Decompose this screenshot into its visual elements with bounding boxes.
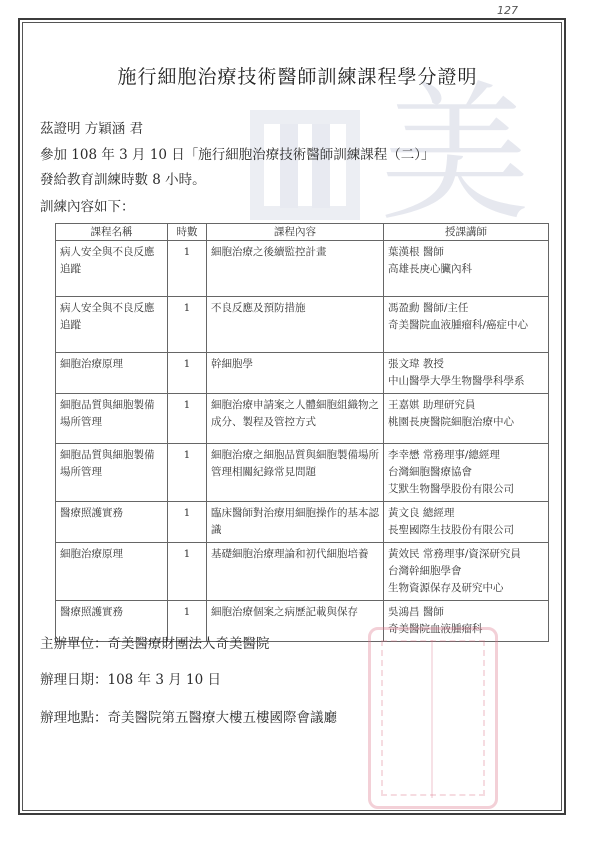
table-row: 細胞品質與細胞製備場所管理 1 細胞治療申請案之人體細胞組織物之成分、製程及管控…: [56, 394, 549, 444]
seal-divider: [431, 640, 433, 798]
lecturer-affiliation: 桃園長庚醫院細胞治療中心: [388, 414, 544, 431]
course-lecturer: 李幸懋 常務理事/總經理 台灣細胞醫療協會 艾默生物醫學股份有限公司: [384, 444, 549, 502]
header-lecturer: 授課講師: [384, 224, 549, 241]
course-name: 細胞治療原理: [56, 543, 168, 601]
course-content: 幹細胞學: [207, 353, 384, 394]
course-hours: 1: [168, 543, 207, 601]
course-hours: 1: [168, 502, 207, 543]
header-course-content: 課程內容: [207, 224, 384, 241]
course-hours: 1: [168, 444, 207, 502]
lecturer-affiliation: 艾默生物醫學股份有限公司: [388, 481, 544, 498]
lecturer-name: 黃效民 常務理事/資深研究員: [388, 546, 544, 563]
course-lecturer: 王嘉娸 助理研究員 桃園長庚醫院細胞治療中心: [384, 394, 549, 444]
course-name: 細胞品質與細胞製備場所管理: [56, 444, 168, 502]
table-row: 病人安全與不良反應追蹤 1 不良反應及預防措施 馮盈勳 醫師/主任 奇美醫院血液…: [56, 297, 549, 353]
course-content: 細胞治療申請案之人體細胞組織物之成分、製程及管控方式: [207, 394, 384, 444]
course-hours: 1: [168, 394, 207, 444]
lecturer-affiliation: 奇美醫院血液腫瘤科/癌症中心: [388, 317, 544, 334]
lecturer-name: 馮盈勳 醫師/主任: [388, 300, 544, 317]
content-intro: 訓練內容如下：: [40, 195, 135, 215]
course-name: 病人安全與不良反應追蹤: [56, 297, 168, 353]
lecturer-name: 吳鴻昌 醫師: [388, 604, 544, 621]
header-hours: 時數: [168, 224, 207, 241]
lecturer-name: 張文瑋 教授: [388, 356, 544, 373]
course-content: 細胞治療之細胞品質與細胞製備場所管理相關紀錄常見問題: [207, 444, 384, 502]
lecturer-affiliation: 高雄長庚心臟內科: [388, 261, 544, 278]
course-table: 課程名稱 時數 課程內容 授課講師 病人安全與不良反應追蹤 1 細胞治療之後續監…: [55, 223, 549, 642]
course-name: 細胞品質與細胞製備場所管理: [56, 394, 168, 444]
lecturer-affiliation: 生物資源保存及研究中心: [388, 580, 544, 597]
organizer-line: 主辦單位：奇美醫療財團法人奇美醫院: [40, 632, 270, 652]
course-content: 不良反應及預防措施: [207, 297, 384, 353]
lecturer-name: 李幸懋 常務理事/總經理: [388, 447, 544, 464]
course-name: 細胞治療原理: [56, 353, 168, 394]
table-row: 醫療照護實務 1 臨床醫師對治療用細胞操作的基本認識 黃文良 總經理 長聖國際生…: [56, 502, 549, 543]
lecturer-name: 王嘉娸 助理研究員: [388, 397, 544, 414]
course-content: 細胞治療之後續監控計畫: [207, 241, 384, 297]
table-row: 細胞治療原理 1 基礎細胞治療理論和初代細胞培養 黃效民 常務理事/資深研究員 …: [56, 543, 549, 601]
table-row: 細胞品質與細胞製備場所管理 1 細胞治療之細胞品質與細胞製備場所管理相關紀錄常見…: [56, 444, 549, 502]
course-name: 醫療照護實務: [56, 502, 168, 543]
course-hours: 1: [168, 241, 207, 297]
course-hours: 1: [168, 297, 207, 353]
date-line: 辦理日期：108 年 3 月 10 日: [40, 668, 221, 688]
seal-inner-border: [381, 640, 485, 796]
table-header-row: 課程名稱 時數 課程內容 授課講師: [56, 224, 549, 241]
lecturer-affiliation: 台灣細胞醫療協會: [388, 464, 544, 481]
header-course-name: 課程名稱: [56, 224, 168, 241]
lecturer-affiliation: 台灣幹細胞學會: [388, 563, 544, 580]
lecturer-name: 黃文良 總經理: [388, 505, 544, 522]
hours-line: 發給教育訓練時數 8 小時。: [40, 168, 206, 188]
participation-line: 參加 108 年 3 月 10 日「施行細胞治療技術醫師訓練課程（二）」: [40, 143, 435, 163]
course-lecturer: 黃文良 總經理 長聖國際生技股份有限公司: [384, 502, 549, 543]
venue-line: 辦理地點：奇美醫院第五醫療大樓五樓國際會議廳: [40, 706, 337, 726]
official-seal-stamp: [368, 627, 498, 809]
lecturer-name: 葉漢根 醫師: [388, 244, 544, 261]
course-lecturer: 葉漢根 醫師 高雄長庚心臟內科: [384, 241, 549, 297]
table-row: 細胞治療原理 1 幹細胞學 張文瑋 教授 中山醫學大學生物醫學科學系: [56, 353, 549, 394]
course-content: 基礎細胞治療理論和初代細胞培養: [207, 543, 384, 601]
course-hours: 1: [168, 353, 207, 394]
table-row: 病人安全與不良反應追蹤 1 細胞治療之後續監控計畫 葉漢根 醫師 高雄長庚心臟內…: [56, 241, 549, 297]
course-name: 病人安全與不良反應追蹤: [56, 241, 168, 297]
page-number: 127: [497, 4, 518, 17]
course-content: 臨床醫師對治療用細胞操作的基本認識: [207, 502, 384, 543]
course-lecturer: 馮盈勳 醫師/主任 奇美醫院血液腫瘤科/癌症中心: [384, 297, 549, 353]
certify-line: 茲證明 方穎涵 君: [40, 117, 143, 137]
course-lecturer: 張文瑋 教授 中山醫學大學生物醫學科學系: [384, 353, 549, 394]
certificate-title: 施行細胞治療技術醫師訓練課程學分證明: [0, 62, 595, 89]
lecturer-affiliation: 中山醫學大學生物醫學科學系: [388, 373, 544, 390]
lecturer-affiliation: 長聖國際生技股份有限公司: [388, 522, 544, 539]
course-lecturer: 黃效民 常務理事/資深研究員 台灣幹細胞學會 生物資源保存及研究中心: [384, 543, 549, 601]
